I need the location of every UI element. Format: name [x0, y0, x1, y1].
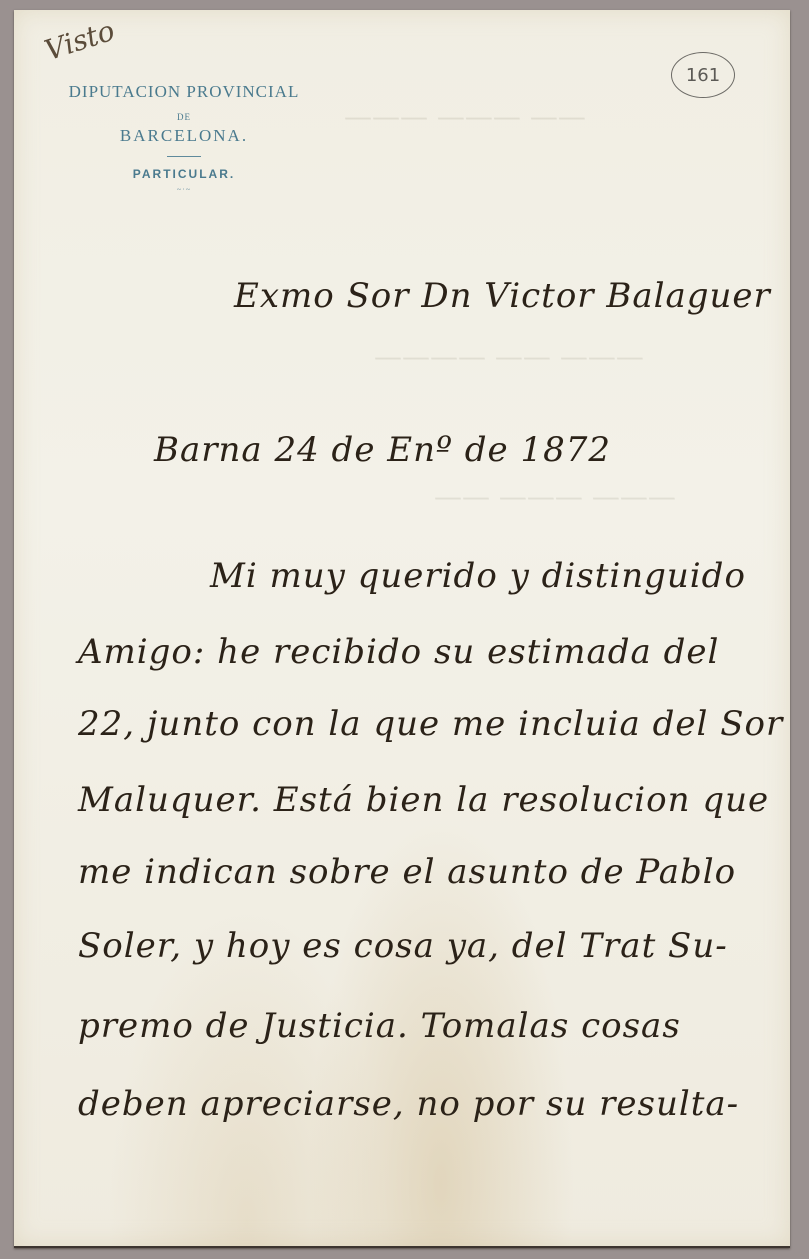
bleed-through-text: ——— ——— —— — [434, 480, 676, 513]
letterhead: DIPUTACION PROVINCIAL DE BARCELONA. PART… — [44, 82, 324, 194]
visto-annotation: Visto — [41, 14, 119, 67]
letterhead-city: BARCELONA. — [44, 126, 324, 146]
body-line: 22, junto con la que me incluia del Sor — [78, 704, 783, 744]
place-date-line: Barna 24 de Enº de 1872 — [154, 430, 611, 470]
letterhead-institution: DIPUTACION PROVINCIAL — [44, 82, 324, 102]
folio-number: 161 — [686, 65, 720, 86]
letterhead-particular: PARTICULAR. — [44, 167, 324, 181]
body-line: premo de Justicia. Tomalas cosas — [78, 1006, 681, 1046]
letterhead-ornament: ~·~ — [44, 185, 324, 194]
body-line: Mi muy querido y distinguido — [210, 556, 746, 596]
addressee-line: Exmo Sor Dn Victor Balaguer — [234, 276, 771, 316]
body-line: Amigo: he recibido su estimada del — [78, 632, 719, 672]
bleed-through-text: ——— —— ———— — [374, 340, 644, 373]
letter-page: —— ——— ——— ——— —— ———— ——— ——— —— Visto … — [14, 10, 790, 1248]
body-line: Soler, y hoy es cosa ya, del Trat Su- — [78, 926, 728, 966]
bleed-through-text: —— ——— ——— — [344, 100, 586, 133]
folio-number-circle: 161 — [671, 52, 735, 98]
letterhead-de: DE — [44, 112, 324, 122]
letterhead-divider — [167, 156, 201, 157]
body-line: me indican sobre el asunto de Pablo — [78, 852, 736, 892]
body-line: Maluquer. Está bien la resolucion que — [78, 780, 769, 820]
body-line: deben apreciarse, no por su resulta- — [78, 1084, 739, 1124]
